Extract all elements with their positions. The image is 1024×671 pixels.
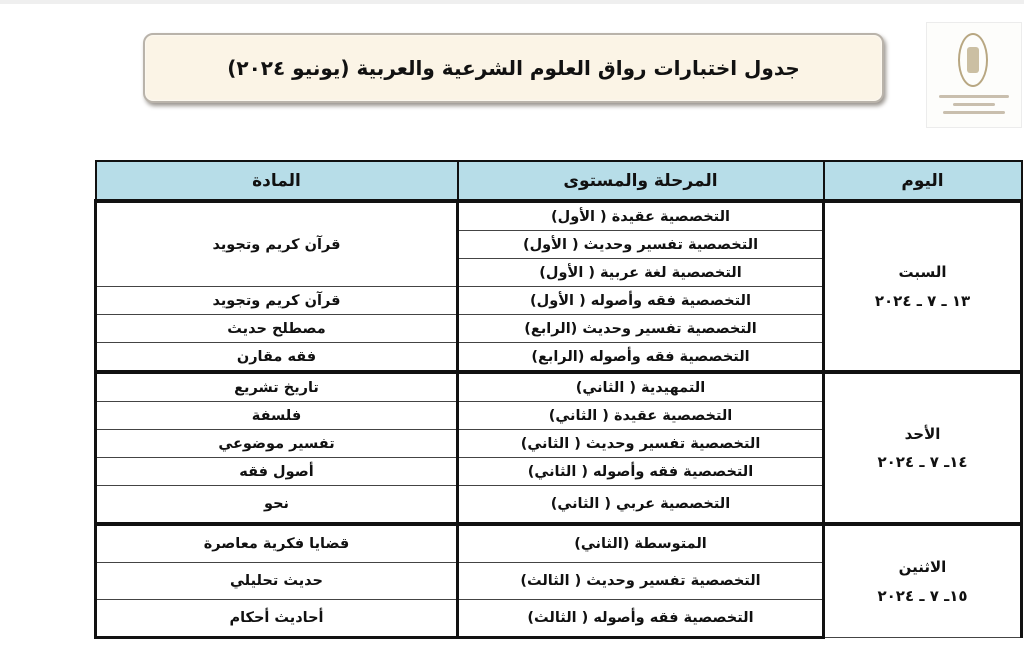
- day-date: ١٤ـ ٧ ـ ٢٠٢٤: [825, 448, 1020, 477]
- al-azhar-emblem-icon: [926, 22, 1022, 128]
- table-header-row: اليوم المرحلة والمستوى المادة: [96, 161, 1022, 201]
- stage-cell: التخصصية تفسير وحديث ( الأول): [458, 231, 824, 259]
- day-name: الأحد: [825, 420, 1020, 449]
- day-cell-saturday: السبت ١٣ ـ ٧ ـ ٢٠٢٤: [824, 201, 1022, 372]
- header-stage: المرحلة والمستوى: [458, 161, 824, 201]
- day-name: السبت: [825, 258, 1020, 287]
- logo-text-line: [953, 103, 995, 106]
- table-row: السبت ١٣ ـ ٧ ـ ٢٠٢٤ التخصصية عقيدة ( الأ…: [96, 201, 1022, 231]
- subject-cell: تفسير موضوعي: [96, 430, 458, 458]
- subject-cell: تاريخ تشريع: [96, 372, 458, 402]
- subject-cell: مصطلح حديث: [96, 315, 458, 343]
- header-subject: المادة: [96, 161, 458, 201]
- day-date: ١٥ـ ٧ ـ ٢٠٢٤: [825, 582, 1020, 611]
- day-cell-monday: الاثنين ١٥ـ ٧ ـ ٢٠٢٤: [824, 524, 1022, 638]
- emblem-oval: [958, 33, 988, 87]
- logo-text-line: [943, 111, 1005, 114]
- subject-cell: نحو: [96, 486, 458, 525]
- subject-cell: أحاديث أحكام: [96, 600, 458, 638]
- stage-cell: التخصصية عقيدة ( الثاني): [458, 402, 824, 430]
- stage-cell: التخصصية فقه وأصوله (الرابع): [458, 343, 824, 373]
- stage-cell: التخصصية عقيدة ( الأول): [458, 201, 824, 231]
- table-row: الاثنين ١٥ـ ٧ ـ ٢٠٢٤ المتوسطة (الثاني) ق…: [96, 524, 1022, 563]
- subject-cell: قرآن كريم وتجويد: [96, 201, 458, 287]
- top-strip: [0, 0, 1024, 4]
- stage-cell: التخصصية فقه وأصوله ( الثاني): [458, 458, 824, 486]
- stage-cell: المتوسطة (الثاني): [458, 524, 824, 563]
- stage-cell: التخصصية عربي ( الثاني): [458, 486, 824, 525]
- subject-cell: فقه مقارن: [96, 343, 458, 373]
- title-banner: جدول اختبارات رواق العلوم الشرعية والعرب…: [143, 33, 884, 103]
- logo-text-line: [939, 95, 1009, 98]
- subject-cell: حديث تحليلي: [96, 563, 458, 600]
- stage-cell: التخصصية تفسير وحديث ( الثالث): [458, 563, 824, 600]
- page-title: جدول اختبارات رواق العلوم الشرعية والعرب…: [227, 56, 800, 80]
- day-cell-sunday: الأحد ١٤ـ ٧ ـ ٢٠٢٤: [824, 372, 1022, 524]
- day-name: الاثنين: [825, 553, 1020, 582]
- subject-cell: قضايا فكرية معاصرة: [96, 524, 458, 563]
- subject-cell: قرآن كريم وتجويد: [96, 287, 458, 315]
- stage-cell: التخصصية فقه وأصوله ( الثالث): [458, 600, 824, 638]
- subject-cell: فلسفة: [96, 402, 458, 430]
- stage-cell: التخصصية تفسير وحديث (الرابع): [458, 315, 824, 343]
- stage-cell: التخصصية فقه وأصوله ( الأول): [458, 287, 824, 315]
- exam-schedule-table: اليوم المرحلة والمستوى المادة السبت ١٣ ـ…: [94, 160, 1023, 639]
- day-date: ١٣ ـ ٧ ـ ٢٠٢٤: [825, 287, 1020, 316]
- table-row: الأحد ١٤ـ ٧ ـ ٢٠٢٤ التمهيدية ( الثاني) ت…: [96, 372, 1022, 402]
- stage-cell: التمهيدية ( الثاني): [458, 372, 824, 402]
- subject-cell: أصول فقه: [96, 458, 458, 486]
- header-day: اليوم: [824, 161, 1022, 201]
- stage-cell: التخصصية لغة عربية ( الأول): [458, 259, 824, 287]
- stage-cell: التخصصية تفسير وحديث ( الثاني): [458, 430, 824, 458]
